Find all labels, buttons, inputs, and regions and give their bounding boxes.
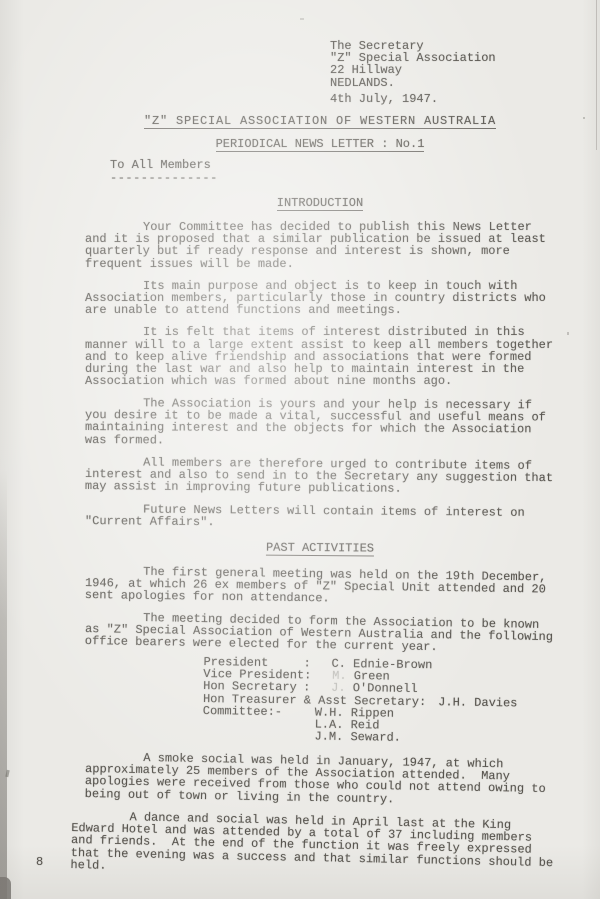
page-number: 8 xyxy=(36,856,43,868)
scan-edge-shadow xyxy=(0,470,7,899)
section-heading-past-activities: PAST ACTIVITIES xyxy=(266,542,374,557)
intro-paragraph-5: All members are therefore urged to contr… xyxy=(85,456,555,497)
past-activities-paragraph-1: The first general meeting was held on th… xyxy=(85,565,555,608)
document-subtitle: PERIODICAL NEWS LETTER : No.1 xyxy=(216,138,425,152)
salutation-underline: -------------- xyxy=(110,172,555,184)
scan-speck xyxy=(5,770,9,777)
past-activities-paragraph-3: A smoke social was held in January, 1947… xyxy=(85,751,556,808)
past-activities-paragraph-2: The meeting decided to form the Associat… xyxy=(85,611,556,656)
document-title: "Z" SPECIAL ASSOCIATION OF WESTERN AUSTR… xyxy=(144,115,496,129)
letter-content: The Secretary "Z" Special Association 22… xyxy=(85,0,555,871)
scan-corner-artifact xyxy=(0,877,11,899)
intro-paragraph-3: It is felt that items of interest distri… xyxy=(85,326,555,387)
intro-paragraph-4: The Association is yours and your help i… xyxy=(85,397,555,448)
salutation: To All Members xyxy=(110,159,555,171)
scan-speck xyxy=(583,117,585,119)
intro-paragraph-6: Future News Letters will contain items o… xyxy=(85,503,555,532)
address-line: NEDLANDS. xyxy=(330,77,555,89)
scan-speck xyxy=(567,332,569,335)
sender-address-block: The Secretary "Z" Special Association 22… xyxy=(330,0,555,89)
intro-paragraph-1: Your Committee has decided to publish th… xyxy=(85,221,555,270)
address-line: 22 Hillway xyxy=(330,64,555,76)
scan-edge-line xyxy=(596,0,597,150)
past-activities-paragraph-4: A dance and social was held in April las… xyxy=(70,810,555,881)
scanned-letter-page: The Secretary "Z" Special Association 22… xyxy=(0,0,600,899)
scan-speck xyxy=(300,18,304,20)
intro-paragraph-2: Its main purpose and object is to keep i… xyxy=(85,280,555,317)
letter-date: 4th July, 1947. xyxy=(330,93,555,105)
section-heading-introduction: INTRODUCTION xyxy=(277,197,363,211)
masthead: "Z" SPECIAL ASSOCIATION OF WESTERN AUSTR… xyxy=(85,115,555,129)
office-bearers-list: President:C. Ednie-Brown Vice President:… xyxy=(202,656,555,746)
